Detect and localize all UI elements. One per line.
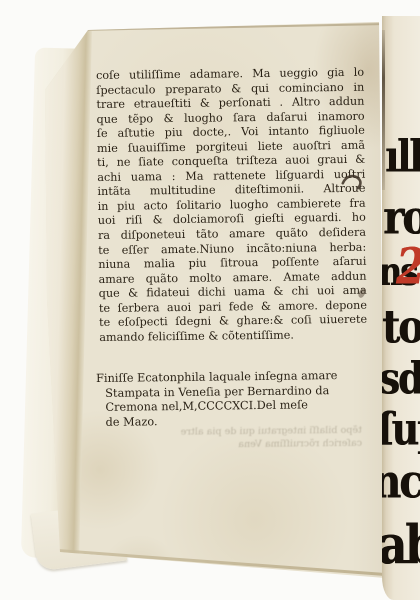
printed-text-block: coſe utiliſſime adamare. Ma ueggio gia l… xyxy=(96,66,367,346)
facing-page-edge: ılltʼ rot ns 2 tot sdṛ ſupʒ ncep ab xyxy=(382,16,420,600)
rubricated-red-fragment: 2 xyxy=(396,238,420,296)
verso-showthrough-text: tẽpo bilaſſi integratui qui de pia altre… xyxy=(118,425,362,453)
colophon-block: Finiſſe Ecatonphila laquale inſegna amar… xyxy=(96,369,365,431)
blackletter-fragment: ncep xyxy=(382,454,420,509)
handwritten-margin-mark-icon xyxy=(338,170,367,196)
page-top-edge xyxy=(86,23,382,31)
book-photograph: coſe utiliſſime adamare. Ma ueggio gia l… xyxy=(0,0,420,600)
text-line: amando feliciſſime & cõtentiſſime. xyxy=(99,328,367,346)
blackletter-fragment: ab xyxy=(382,513,420,576)
blackletter-fragment: sdṛ xyxy=(382,352,420,404)
blackletter-fragment: ſupʒ xyxy=(382,402,420,455)
blackletter-fragment: ılltʼ xyxy=(385,130,420,182)
book-page: coſe utiliſſime adamare. Ma ueggio gia l… xyxy=(0,0,420,600)
blackletter-fragment: tot xyxy=(382,300,420,354)
showthrough-line: caſerich rõcruiſſima Vena xyxy=(118,437,362,452)
